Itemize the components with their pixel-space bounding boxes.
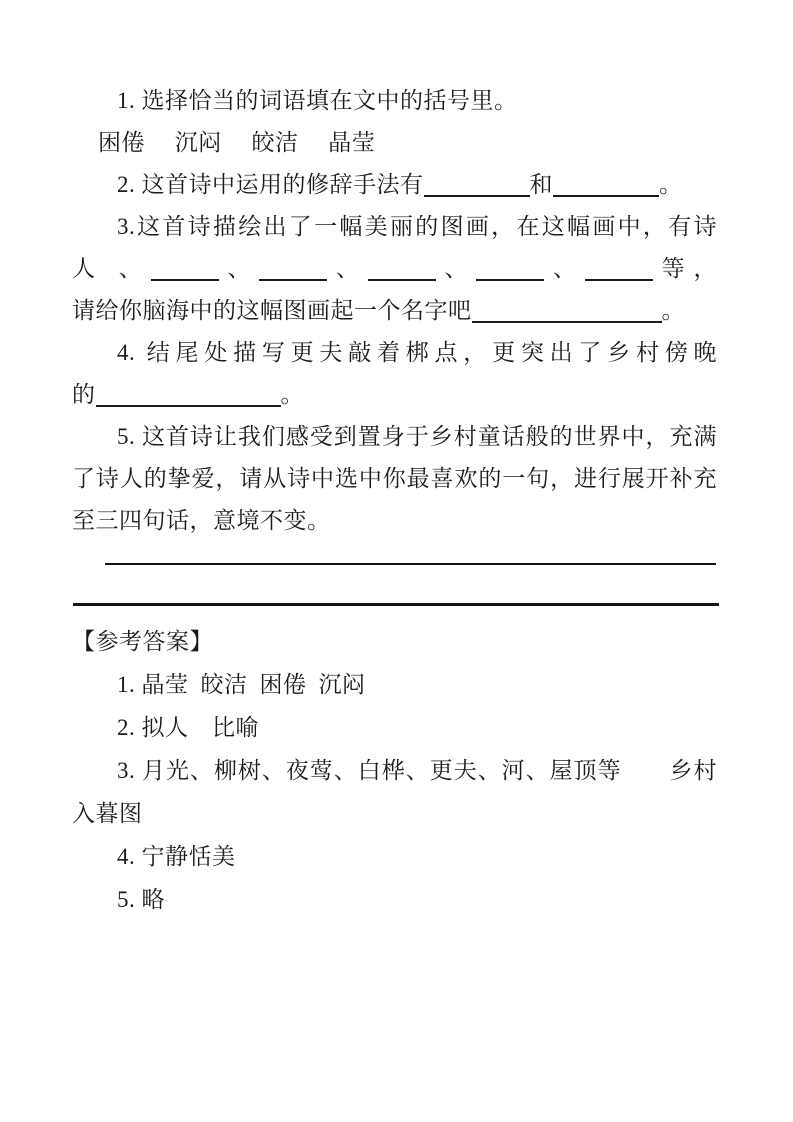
answer-blank xyxy=(585,256,653,281)
question-1-word-bank: 困倦 沉闷 皎洁 晶莹 xyxy=(72,122,717,164)
question-3-name-prompt: 请给你脑海中的这幅图画起一个名字吧 xyxy=(72,298,472,323)
answer-4: 4. 宁静恬美 xyxy=(72,835,717,878)
question-2-conjunction: 和 xyxy=(530,172,554,197)
question-2-period: 。 xyxy=(659,172,683,197)
question-3-line-3: 请给你脑海中的这幅图画起一个名字吧。 xyxy=(72,290,717,332)
question-2-prefix: 2. 这首诗中运用的修辞手法有 xyxy=(117,172,424,197)
list-separator: 、 xyxy=(436,256,477,281)
question-2-text: 2. 这首诗中运用的修辞手法有和。 xyxy=(72,164,717,206)
question-3-list-start: 人 xyxy=(72,256,119,281)
answer-blank xyxy=(96,382,281,407)
document-page: 1. 选择恰当的词语填在文中的括号里。 困倦 沉闷 皎洁 晶莹 2. 这首诗中运… xyxy=(0,0,793,1122)
answer-blank xyxy=(368,256,436,281)
list-separator: 、 xyxy=(119,256,151,281)
answer-5: 5. 略 xyxy=(72,878,717,921)
question-1-text: 1. 选择恰当的词语填在文中的括号里。 xyxy=(72,80,717,122)
worksheet-content: 1. 选择恰当的词语填在文中的括号里。 困倦 沉闷 皎洁 晶莹 2. 这首诗中运… xyxy=(0,0,793,921)
question-4-period: 。 xyxy=(281,382,305,407)
question-3-list-end: 等， xyxy=(653,256,717,281)
separator-line xyxy=(73,603,719,606)
answer-blank xyxy=(472,298,662,323)
question-4-line-2: 的。 xyxy=(72,374,717,416)
answer-blank xyxy=(476,256,544,281)
question-3-line-2: 人 、、、、、等， xyxy=(72,248,717,290)
answer-2: 2. 拟人 比喻 xyxy=(72,706,717,749)
question-4-line-1: 4. 结尾处描写更夫敲着梆点，更突出了乡村傍晚 xyxy=(72,332,717,374)
answer-blank xyxy=(259,256,327,281)
question-4-prefix: 的 xyxy=(72,382,96,407)
answer-1: 1. 晶莹 皎洁 困倦 沉闷 xyxy=(72,663,717,706)
question-5-line-2: 了诗人的挚爱，请从诗中选中你最喜欢的一句，进行展开补充 xyxy=(72,458,717,500)
question-3-period: 。 xyxy=(662,298,686,323)
answer-3-line-2: 入暮图 xyxy=(72,792,717,835)
writing-line xyxy=(105,563,716,565)
list-separator: 、 xyxy=(327,256,368,281)
list-separator: 、 xyxy=(219,256,260,281)
question-5-line-3: 至三四句话，意境不变。 xyxy=(72,500,717,542)
answer-blank xyxy=(553,172,659,197)
answer-blank xyxy=(424,172,530,197)
question-3-line-1: 3.这首诗描绘出了一幅美丽的图画，在这幅画中，有诗 xyxy=(72,206,717,248)
answer-3-line-1: 3. 月光、柳树、夜莺、白桦、更夫、河、屋顶等 乡村 xyxy=(72,749,717,792)
answer-key-title: 【参考答案】 xyxy=(72,620,717,663)
answer-blank xyxy=(151,256,219,281)
list-separator: 、 xyxy=(544,256,585,281)
question-5-line-1: 5. 这首诗让我们感受到置身于乡村童话般的世界中，充满 xyxy=(72,416,717,458)
